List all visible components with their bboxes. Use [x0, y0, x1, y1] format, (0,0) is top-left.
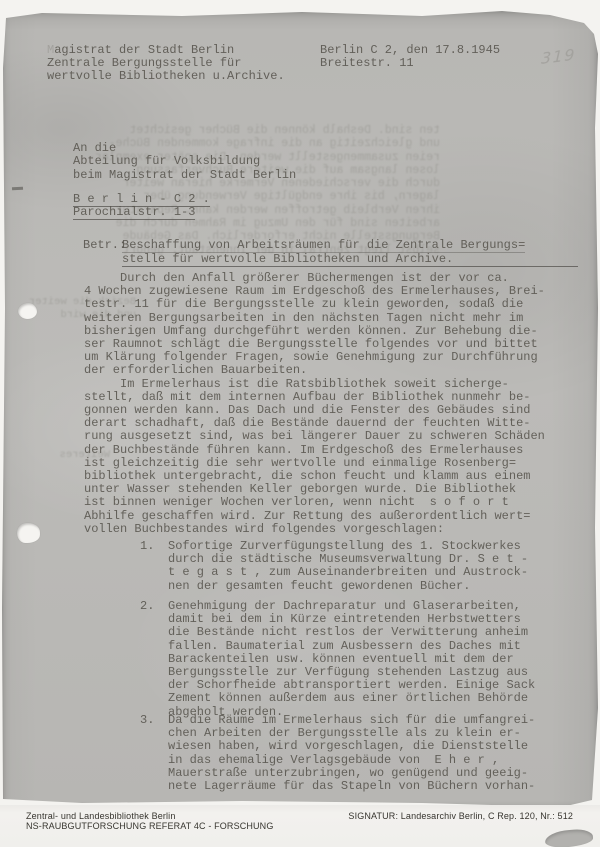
hole-punch-top	[18, 303, 37, 319]
scanned-document-page: { "scan": { "pencil_page_number": "319",…	[0, 0, 600, 847]
subject-line-2: stelle für wertvolle Bibliotheken und Ar…	[122, 253, 578, 267]
footer-institution-line-1: Zentral- und Landesbibliothek Berlin	[26, 811, 273, 821]
recipient-street: Parochialstr. 1-3	[73, 205, 195, 220]
list-item-1-number: 1.	[140, 540, 154, 553]
list-item-2-number: 2.	[140, 600, 154, 613]
sender-block: Magistrat der Stadt Berlin Zentrale Berg…	[47, 44, 285, 83]
recipient-street-line: Parochialstr. 1-3	[73, 206, 195, 219]
hole-punch-bottom	[17, 523, 40, 543]
body-paragraph-1: Durch den Anfall größerer Büchermengen i…	[84, 272, 545, 378]
sender-street-line: Breitestr. 11	[320, 57, 414, 70]
subject-line-1: Beschaffung von Arbeitsräumen für die Ze…	[122, 239, 525, 252]
footer-institution-line-2: NS-RAUBGUTFORSCHUNG REFERAT 4C - FORSCHU…	[26, 821, 273, 831]
footer-signatur: SIGNATUR: Landesarchiv Berlin, C Rep. 12…	[348, 811, 573, 821]
list-item-2-text: Genehmigung der Dachreparatur und Glaser…	[168, 600, 535, 719]
subject-text-2: stelle für wertvolle Bibliotheken und Ar…	[122, 253, 578, 267]
subject-text-1: Beschaffung von Arbeitsräumen für die Ze…	[122, 238, 525, 253]
list-item-3-number: 3.	[140, 714, 154, 727]
footer-institution: Zentral- und Landesbibliothek Berlin NS-…	[26, 811, 273, 832]
list-item-3-text: Da die Räume im Ermelerhaus sich für die…	[168, 714, 535, 793]
list-item-1-text: Sofortige Zurverfügungstellung des 1. St…	[168, 540, 528, 593]
recipient-block: An die Abteilung für Volksbildung beim M…	[73, 142, 296, 182]
body-paragraph-2: Im Ermelerhaus ist die Ratsbibliothek so…	[84, 378, 545, 536]
subject-label: Betr.:	[83, 239, 126, 252]
